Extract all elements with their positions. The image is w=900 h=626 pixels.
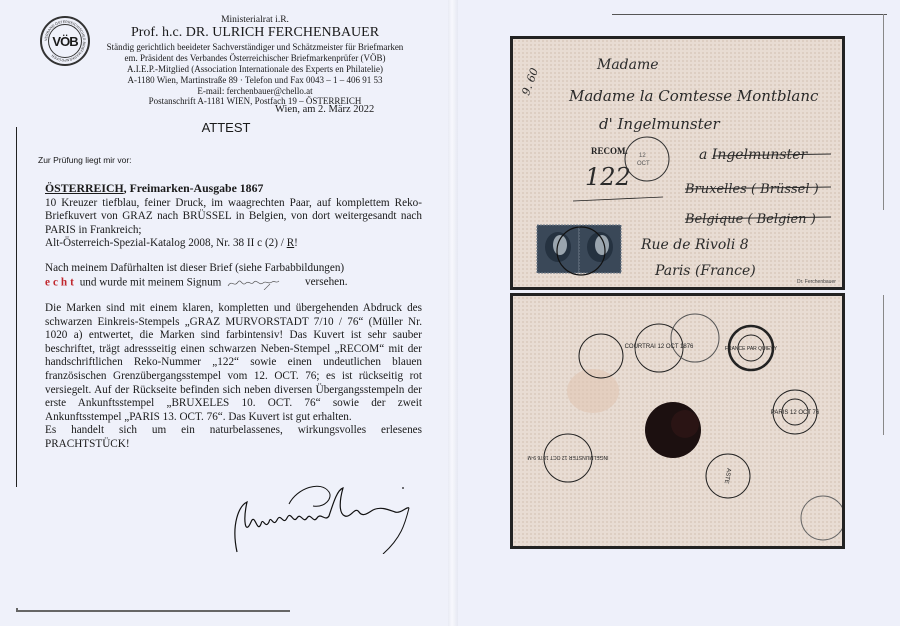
issue: , Freimarken-Ausgabe 1867: [124, 181, 264, 195]
verdict-line2: echt und wurde mit meinem Signum versehe…: [45, 276, 422, 290]
envelope-back-drawing: COURTRAI 12 OCT 1876 FRANCE PAR QUIEVY P…: [513, 296, 842, 546]
svg-text:OCT: OCT: [637, 161, 650, 167]
svg-text:Dr. Ferchenbauer: Dr. Ferchenbauer: [797, 279, 836, 285]
details: Die Marken sind mit einem klaren, komple…: [45, 302, 422, 452]
stamp-pair: [537, 225, 621, 275]
signum-icon: [224, 276, 284, 290]
header-line: em. Präsident des Verbandes Österreichis…: [90, 53, 420, 64]
header-line: A-1180 Wien, Martinstraße 89 · Telefon u…: [90, 75, 420, 86]
svg-text:FRANCE PAR QUIEVY: FRANCE PAR QUIEVY: [725, 346, 778, 352]
signature-icon: [225, 484, 435, 554]
svg-text:122: 122: [585, 163, 631, 191]
envelope-front-image: 9. 60 Madame Madame la Comtesse Montblan…: [510, 36, 845, 290]
svg-text:INGELMUNSTER 12 OCT 1876 9-M: INGELMUNSTER 12 OCT 1876 9-M: [527, 454, 608, 460]
svg-text:Belgique ( Belgien ): Belgique ( Belgien ): [684, 212, 816, 227]
header-line: A.I.E.P.-Mitglied (Association Internati…: [90, 64, 420, 75]
svg-text:PARIS 12 OCT 76: PARIS 12 OCT 76: [771, 410, 820, 416]
intro-text: Zur Prüfung liegt mir vor:: [38, 155, 132, 165]
country: ÖSTERREICH: [45, 181, 124, 195]
frame-line: [16, 608, 290, 612]
svg-text:Paris (France): Paris (France): [654, 263, 756, 279]
svg-text:Madame la Comtesse Montblanc: Madame la Comtesse Montblanc: [568, 87, 819, 105]
verdict-line1: Nach meinem Dafürhalten ist dieser Brief…: [45, 262, 422, 276]
page-fold: [448, 0, 458, 626]
envelope-front-drawing: 9. 60 Madame Madame la Comtesse Montblan…: [513, 39, 842, 287]
logo-text: VÖB: [48, 24, 82, 58]
verdict: Nach meinem Dafürhalten ist dieser Brief…: [45, 262, 422, 290]
svg-text:Rue de Rivoli 8: Rue de Rivoli 8: [640, 237, 749, 253]
voeb-logo: VERBAND ÖSTERREICHISCHER BRIEFMARKENPRÜF…: [40, 16, 90, 66]
svg-text:ASTE: ASTE: [723, 468, 732, 484]
svg-text:Madame: Madame: [596, 57, 659, 73]
conclusion: Es handelt sich um ein naturbelassenes, …: [45, 424, 422, 451]
frame-line: [883, 295, 884, 435]
svg-text:Bruxelles ( Brüssel ): Bruxelles ( Brüssel ): [684, 182, 819, 197]
header-name: Prof. h.c. DR. ULRICH FERCHENBAUER: [90, 25, 420, 41]
attest-date: Wien, am 2. März 2022: [275, 104, 374, 115]
frame-line: [883, 14, 884, 210]
details-text: Die Marken sind mit einem klaren, komple…: [45, 302, 422, 424]
catalog: Alt-Österreich-Spezial-Katalog 2008, Nr.…: [45, 237, 422, 251]
svg-text:RECOM.: RECOM.: [591, 146, 628, 156]
svg-text:d' Ingelmunster: d' Ingelmunster: [599, 115, 721, 133]
echt-label: echt: [45, 276, 77, 288]
svg-text:COURTRAI 12 OCT 1876: COURTRAI 12 OCT 1876: [625, 344, 694, 350]
envelope-back-image: COURTRAI 12 OCT 1876 FRANCE PAR QUIEVY P…: [510, 293, 845, 549]
description: 10 Kreuzer tiefblau, feiner Druck, im wa…: [45, 197, 422, 238]
attest-title: ATTEST: [0, 120, 452, 135]
header-line: Ständig gerichtlich beeideter Sachverstä…: [90, 42, 420, 53]
pencil-note: 9. 60: [519, 66, 541, 97]
svg-text:12: 12: [639, 153, 646, 159]
item-description: ÖSTERREICH, Freimarken-Ausgabe 1867 10 K…: [45, 182, 422, 251]
frame-line: [16, 127, 17, 487]
frame-line: [612, 14, 887, 15]
